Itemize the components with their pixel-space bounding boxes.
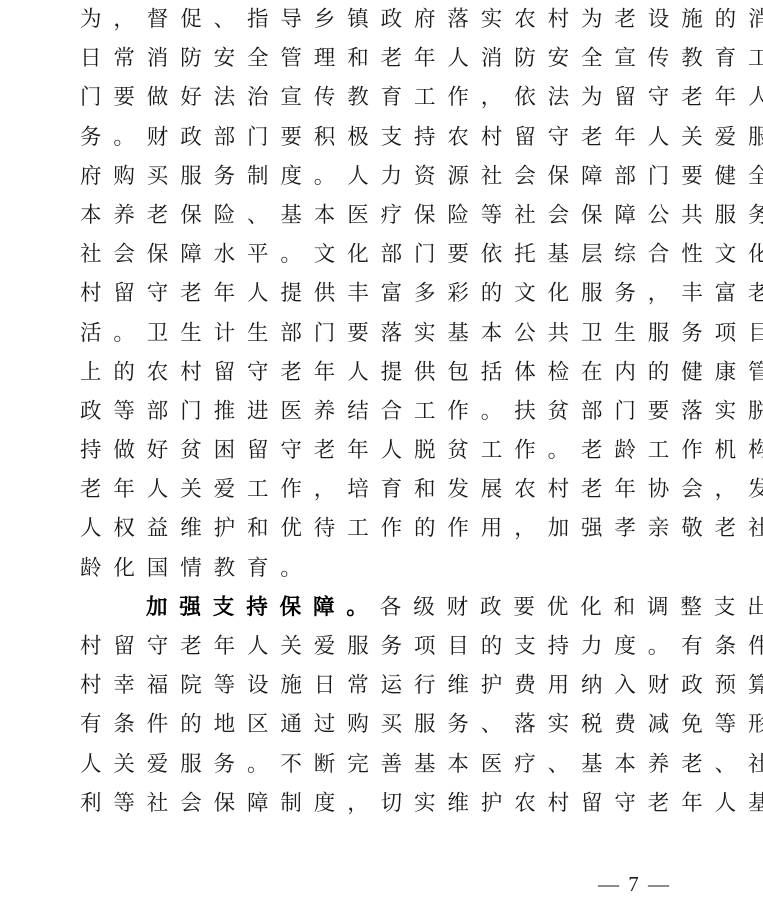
- text-line: 村幸福院等设施日常运行维护费用纳入财政预算支持范围。鼓励: [80, 666, 690, 705]
- text-line: 村留守老年人关爱服务项目的支持力度。有条件的地方，可将农: [80, 627, 690, 666]
- document-page: 为，督促、指导乡镇政府落实农村为老设施的消防设施器材建设、 日常消防安全管理和老…: [80, 0, 690, 823]
- text-line: 门要做好法治宣传教育工作，依法为留守老年人提供法律援助服: [80, 78, 690, 117]
- text-line: 老年人关爱工作，培育和发展农村老年协会，发挥做好留守老年: [80, 470, 690, 509]
- page-number: — 7 —: [598, 872, 671, 897]
- text-line: 政等部门推进医养结合工作。扶贫部门要落实脱贫攻坚政策，支: [80, 392, 690, 431]
- text-line: 务。财政部门要积极支持农村留守老年人关爱服务工作，完善政: [80, 118, 690, 157]
- text-line: 村留守老年人提供丰富多彩的文化服务，丰富老年人精神文化生: [80, 274, 690, 313]
- text-line: 活。卫生计生部门要落实基本公共卫生服务项目，每年为65岁以: [80, 314, 690, 353]
- text-line: 本养老保险、基本医疗保险等社会保障公共服务体系，逐步提升: [80, 196, 690, 235]
- text-line: 社会保障水平。文化部门要依托基层综合性文化服务中心，为农: [80, 235, 690, 274]
- text-line: 府购买服务制度。人力资源社会保障部门要健全覆盖城乡居民基: [80, 157, 690, 196]
- text-line: 人权益维护和优待工作的作用，加强孝亲敬老社会宣传与人口老: [80, 509, 690, 548]
- text-line: 龄化国情教育。: [80, 549, 690, 588]
- text-line-first: 加强支持保障。各级财政要优化和调整支出结构，加大对农: [80, 588, 690, 627]
- text-line: 上的农村留守老年人提供包括体检在内的健康管理服务，会同民: [80, 353, 690, 392]
- paragraph-departmental-duties: 为，督促、指导乡镇政府落实农村为老设施的消防设施器材建设、 日常消防安全管理和老…: [80, 0, 690, 588]
- text-line: 为，督促、指导乡镇政府落实农村为老设施的消防设施器材建设、: [80, 0, 690, 39]
- text-line: 利等社会保障制度，切实维护农村留守老年人基本权益。坚持应: [80, 784, 690, 823]
- paragraph-support-guarantee: 加强支持保障。各级财政要优化和调整支出结构，加大对农 村留守老年人关爱服务项目的…: [80, 588, 690, 823]
- text-run: 各级财政要优化和调整支出结构，加大对农: [380, 595, 763, 620]
- text-line: 持做好贫困留守老年人脱贫工作。老龄工作机构要统筹协调留守: [80, 431, 690, 470]
- text-line: 人关爱服务。不断完善基本医疗、基本养老、社会救助、社会福: [80, 745, 690, 784]
- section-heading: 加强支持保障。: [146, 595, 380, 620]
- text-line: 有条件的地区通过购买服务、落实税费减免等形式开展留守老年: [80, 705, 690, 744]
- text-line: 日常消防安全管理和老年人消防安全宣传教育工作。司法行政部: [80, 39, 690, 78]
